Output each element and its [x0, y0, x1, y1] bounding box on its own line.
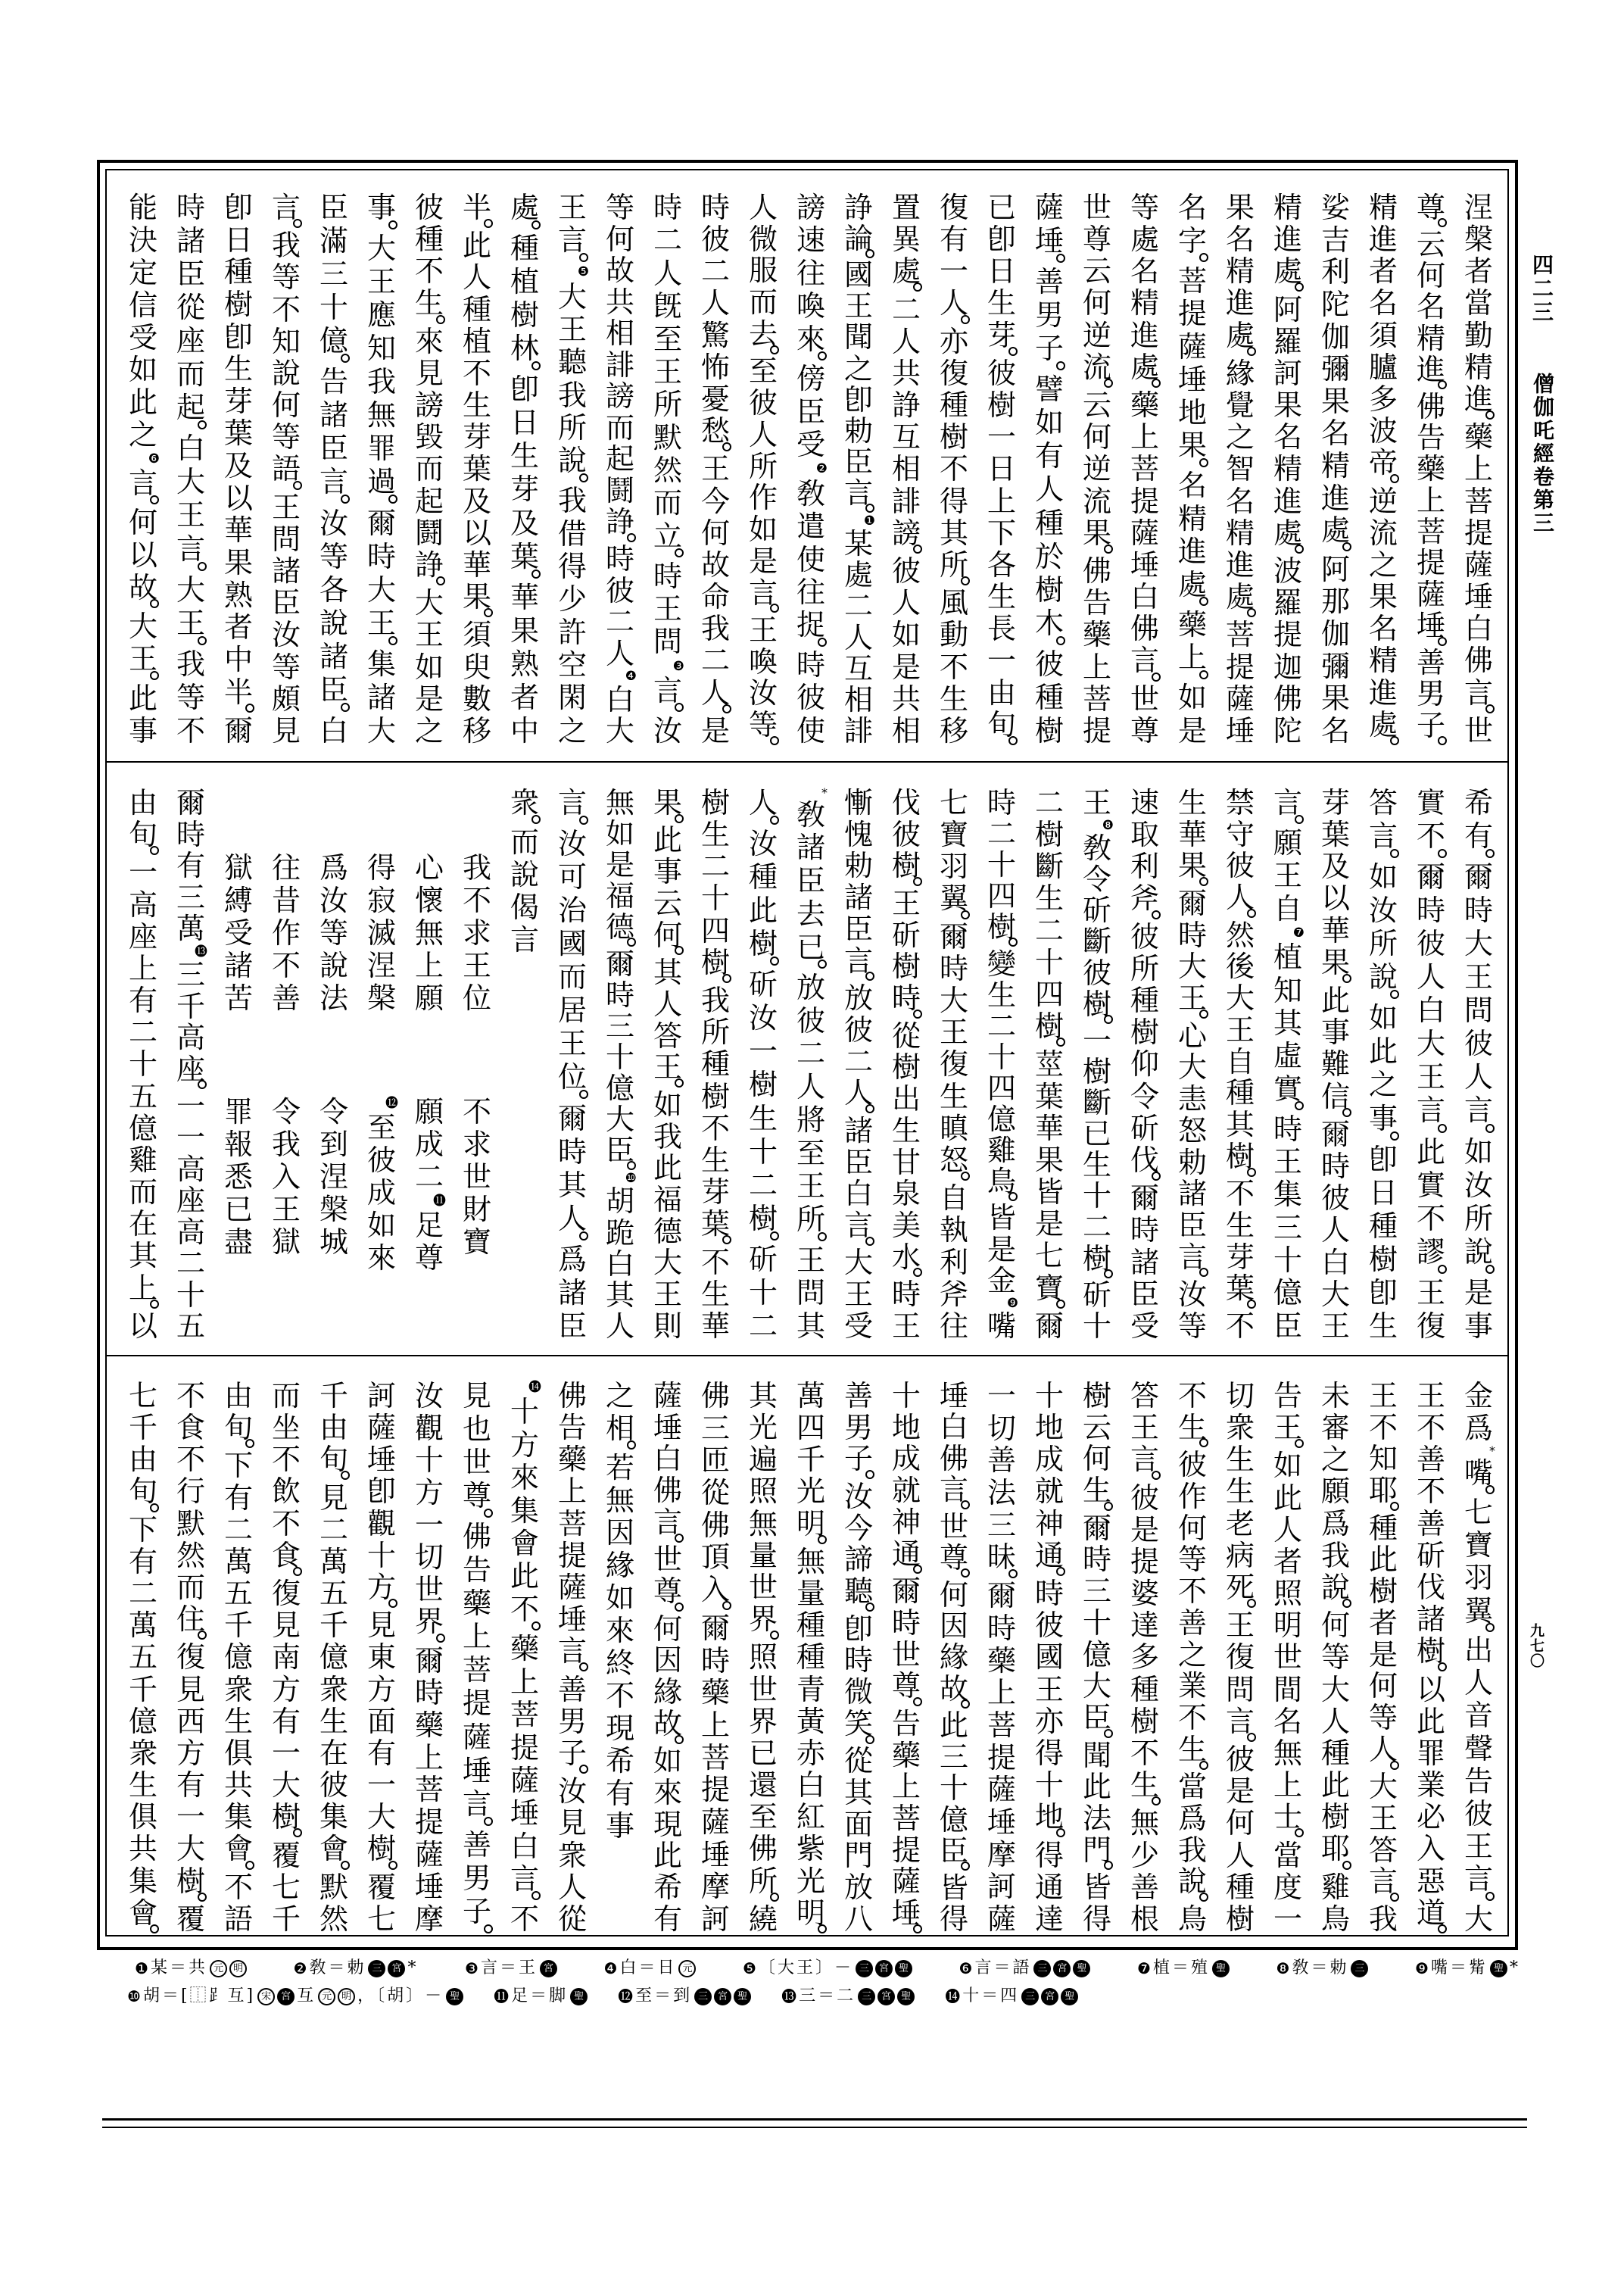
glyph: 提 — [1414, 548, 1448, 578]
glyph: 以 — [1319, 883, 1352, 913]
glyph: 者 — [1271, 1546, 1304, 1577]
glyph: 訶 — [699, 1904, 732, 1934]
text-column: 未審之願爲我說。何等大人種此樹耶。雞鳥 — [1319, 1381, 1352, 1934]
punctuation-mark: 。 — [1319, 979, 1352, 984]
glyph: 人 — [699, 288, 732, 318]
glyph: 憂 — [699, 384, 732, 414]
text-column: 尊。云何名精進。佛告藥上菩提薩埵。善男子。 — [1414, 192, 1448, 746]
punctuation-mark: 。 — [747, 1636, 780, 1640]
glyph: 芽 — [460, 422, 494, 452]
glyph: 萬 — [174, 913, 207, 944]
glyph: 佛 — [1462, 645, 1495, 676]
glyph: 故 — [699, 550, 732, 580]
glyph: 二 — [699, 851, 732, 882]
edition-mark: 三 — [1351, 1960, 1368, 1977]
glyph: 此 — [651, 825, 684, 855]
glyph: 樹 — [508, 300, 541, 330]
glyph: 二 — [1080, 1212, 1114, 1242]
glyph: 生 — [1223, 1210, 1257, 1241]
glyph: 華 — [508, 582, 541, 613]
glyph: 語 — [222, 1904, 255, 1934]
glyph: 受 — [794, 429, 828, 460]
glyph: 提 — [508, 1733, 541, 1763]
glyph: 寶 — [1033, 1273, 1066, 1303]
glyph: 我 — [1319, 1540, 1352, 1571]
punctuation-mark: 。 — [174, 1636, 207, 1640]
glyph: 就 — [890, 1475, 923, 1506]
glyph: 臣 — [842, 1147, 875, 1178]
glyph: 處 — [1176, 570, 1209, 600]
glyph: 所 — [651, 389, 684, 420]
glyph: 王 — [270, 492, 303, 523]
glyph: 無 — [794, 1546, 828, 1577]
glyph: 彼 — [842, 1015, 875, 1045]
glyph: 槃 — [1462, 224, 1495, 254]
glyph: 國 — [1033, 1642, 1066, 1672]
glyph: 言 — [317, 467, 351, 497]
glyph: 跪 — [603, 1218, 637, 1248]
glyph: 爾 — [1176, 888, 1209, 919]
glyph: 二 — [1033, 916, 1066, 946]
glyph: 今 — [699, 486, 732, 517]
glyph: 言 — [1223, 1706, 1257, 1737]
glyph: 至 — [651, 324, 684, 354]
glyph: 傍 — [794, 364, 828, 394]
glyph: 居 — [556, 995, 589, 1025]
glyph: 變 — [985, 949, 1018, 979]
glyph: 其 — [794, 1311, 828, 1341]
glyph: 大 — [1223, 983, 1257, 1013]
punctuation-mark: 。 — [651, 951, 684, 956]
glyph: 所 — [1367, 928, 1400, 959]
glyph: 耶 — [1319, 1834, 1352, 1864]
glyph: 精 — [1223, 518, 1257, 548]
glyph: 世 — [1128, 684, 1161, 714]
punctuation-mark: 。 — [126, 1509, 160, 1513]
glyph: 及 — [460, 486, 494, 517]
glyph: 人 — [699, 678, 732, 708]
text-column: 不食不行默然而住。復見西方有一大樹。覆 — [174, 1381, 207, 1934]
glyph: 智 — [1223, 454, 1257, 484]
glyph: 西 — [174, 1706, 207, 1737]
glyph: 善 — [1128, 1872, 1161, 1902]
glyph: 男 — [1414, 679, 1448, 709]
glyph: 一 — [365, 1770, 398, 1800]
glyph: 云 — [651, 888, 684, 919]
glyph: 七 — [126, 1381, 160, 1411]
glyph: 業 — [1414, 1770, 1448, 1800]
glyph: 爾 — [937, 922, 971, 952]
glyph: 大 — [365, 716, 398, 746]
glyph: 十 — [603, 1042, 637, 1072]
glyph: 佛 — [747, 1834, 780, 1864]
punctuation-mark: 。 — [126, 1930, 160, 1934]
glyph: 言 — [556, 1636, 589, 1666]
punctuation-mark: 。 — [890, 1273, 923, 1278]
glyph: 言 — [1462, 1095, 1495, 1125]
glyph: 勅 — [842, 416, 875, 446]
glyph: 汝 — [556, 1776, 589, 1806]
glyph: 彼 — [1462, 1028, 1495, 1059]
edition-mark: 明 — [338, 1988, 355, 2005]
glyph: 種 — [1223, 1872, 1257, 1902]
glyph: 說 — [1367, 962, 1400, 992]
lower-register: 金爲*嘴。七寶羽翼。出人音聲告彼王言。大王不善不善斫伐諸樹。以此罪業必入惡道。王… — [0, 1381, 1495, 1934]
glyph: 二 — [222, 1515, 255, 1545]
glyph: 青 — [794, 1674, 828, 1705]
glyph: 無 — [1128, 1808, 1161, 1838]
glyph: 十 — [747, 1137, 780, 1167]
glyph: 如 — [1367, 862, 1400, 892]
glyph: 心 — [1176, 1021, 1209, 1051]
punctuation-mark: 。 — [1414, 385, 1448, 390]
text-column: 不生。彼作何等不善之業不生。當爲我說。鳥 — [1176, 1381, 1209, 1934]
glyph: 爾 — [556, 1103, 589, 1134]
glyph: 是 — [890, 652, 923, 682]
glyph: 王 — [1223, 1610, 1257, 1640]
glyph: 大 — [1319, 1674, 1352, 1705]
glyph: 世 — [747, 1572, 780, 1603]
glyph: 佛 — [1271, 684, 1304, 714]
glyph: 果 — [1223, 192, 1257, 223]
glyph: 捉 — [794, 610, 828, 640]
glyph: 臣 — [270, 588, 303, 618]
glyph: 勤 — [1462, 320, 1495, 351]
glyph: 座 — [174, 326, 207, 356]
glyph: 告 — [1462, 1766, 1495, 1796]
glyph: 覆 — [270, 1840, 303, 1871]
edition-mark: 宮 — [877, 1988, 895, 2005]
glyph: 時 — [1128, 1215, 1161, 1245]
glyph: 等 — [270, 262, 303, 292]
glyph: 我 — [556, 485, 589, 516]
glyph: 流 — [1367, 518, 1400, 548]
text-column: 而坐不飲不食。復見南方有一大樹。覆七千 — [270, 1381, 303, 1934]
glyph: 如 — [651, 1090, 684, 1120]
glyph: 白 — [651, 1443, 684, 1474]
glyph: 薩 — [1033, 192, 1066, 223]
glyph: 其 — [842, 1777, 875, 1808]
glyph: 將 — [794, 1105, 828, 1135]
glyph: 二 — [1033, 788, 1066, 818]
punctuation-mark: 。 — [890, 1702, 923, 1707]
glyph: 林 — [508, 333, 541, 364]
glyph: 提 — [1080, 716, 1114, 746]
glyph: 上 — [126, 1273, 160, 1303]
glyph: 爾 — [1462, 862, 1495, 892]
glyph: 答 — [651, 1021, 684, 1051]
glyph: 說 — [556, 445, 589, 476]
glyph: 佛 — [556, 1381, 589, 1411]
glyph: 至 — [747, 1802, 780, 1832]
text-column: 生華果。爾時大王。心大恚怒勅諸臣言。汝等 — [1176, 788, 1209, 1341]
glyph: 藥 — [508, 1634, 541, 1664]
glyph: 緣 — [651, 1677, 684, 1707]
glyph: 不 — [174, 1444, 207, 1475]
glyph: 二 — [699, 645, 732, 676]
glyph: 藥 — [413, 1710, 446, 1740]
footnote-text: 敎＝勅 — [309, 1958, 366, 1978]
glyph: 以 — [222, 483, 255, 513]
punctuation-mark: 。 — [842, 977, 875, 982]
punctuation-mark: 。 — [365, 226, 398, 230]
glyph: 言 — [508, 1864, 541, 1894]
glyph: 所 — [1128, 953, 1161, 984]
glyph: 王 — [937, 1017, 971, 1047]
glyph: 多 — [1367, 384, 1400, 414]
glyph: 薩 — [985, 1904, 1018, 1934]
glyph: 二 — [794, 1038, 828, 1069]
glyph: 入 — [1414, 1834, 1448, 1864]
punctuation-mark: 。 — [1080, 384, 1114, 389]
glyph: 所 — [556, 413, 589, 443]
glyph: 熟 — [508, 649, 541, 679]
glyph: 及 — [508, 508, 541, 538]
glyph: 城 — [317, 1227, 351, 1257]
glyph: 生 — [747, 1103, 780, 1134]
glyph: 世 — [890, 1640, 923, 1670]
glyph: 諸 — [556, 1278, 589, 1308]
text-column: 處。種植樹林。卽日生芽及葉。華果熟者中 — [508, 192, 541, 746]
punctuation-mark: 。 — [842, 1740, 875, 1745]
glyph: 至 — [365, 1113, 398, 1143]
glyph: 鬪 — [413, 518, 446, 548]
punctuation-mark: 。 — [651, 708, 684, 713]
glyph: 相 — [842, 685, 875, 715]
glyph: 彼 — [1033, 1610, 1066, 1640]
glyph: 種 — [508, 233, 541, 264]
glyph: 大 — [603, 716, 637, 746]
glyph: 提 — [556, 1540, 589, 1571]
text-number: 四二三 — [1529, 254, 1554, 324]
glyph: 謗 — [413, 390, 446, 420]
glyph: 上 — [985, 1677, 1018, 1708]
glyph: 埵 — [508, 1798, 541, 1828]
punctuation-mark: 。 — [126, 604, 160, 609]
glyph: 自 — [1271, 894, 1304, 924]
glyph: 由 — [126, 1444, 160, 1475]
glyph: 逆 — [1367, 486, 1400, 517]
edition-mark: 聖 — [446, 1988, 463, 2005]
glyph: 得 — [1033, 1738, 1066, 1768]
glyph: 願 — [413, 1097, 446, 1127]
glyph: 爾 — [1319, 1119, 1352, 1150]
glyph: 之 — [1223, 422, 1257, 452]
glyph: 卽 — [222, 192, 255, 223]
glyph: 世 — [1462, 716, 1495, 746]
glyph: 因 — [937, 1611, 971, 1641]
glyph: 五 — [126, 1642, 160, 1672]
glyph: 世 — [413, 1574, 446, 1605]
text-column: 速取利斧。彼所種樹仰令斫伐。爾時諸臣受 — [1128, 788, 1161, 1341]
glyph: 明 — [794, 1509, 828, 1539]
punctuation-mark: 。 — [460, 1822, 494, 1827]
punctuation-mark: 。 — [699, 1241, 732, 1245]
glyph: 陀 — [1271, 716, 1304, 746]
glyph: 王 — [1367, 1803, 1400, 1834]
edition-mark: 宮 — [388, 1960, 405, 1977]
glyph: 惡 — [1414, 1866, 1448, 1896]
punctuation-mark: 。 — [890, 1570, 923, 1574]
glyph: 地 — [890, 1412, 923, 1443]
glyph: 菩 — [508, 1699, 541, 1730]
glyph: 東 — [365, 1642, 398, 1672]
glyph: 須 — [460, 619, 494, 650]
glyph: 法 — [317, 983, 351, 1013]
glyph: 上 — [126, 953, 160, 984]
glyph: 願 — [1271, 828, 1304, 858]
edition-mark: 聖 — [1061, 1988, 1078, 2005]
glyph: 云 — [1080, 1412, 1114, 1443]
glyph: 菩 — [1414, 517, 1448, 547]
glyph: 而 — [174, 359, 207, 389]
glyph: 一 — [126, 857, 160, 888]
punctuation-mark: 。 — [460, 1514, 494, 1518]
glyph: 提 — [413, 1807, 446, 1837]
glyph: 少 — [1128, 1840, 1161, 1871]
glyph: 南 — [270, 1642, 303, 1672]
glyph: 是 — [603, 850, 637, 880]
glyph: 言 — [1462, 678, 1495, 708]
glyph: 有 — [174, 1770, 207, 1800]
glyph: 以 — [126, 1311, 160, 1341]
glyph: 放 — [842, 983, 875, 1013]
glyph: 埵 — [699, 1840, 732, 1870]
glyph: 善 — [556, 1674, 589, 1705]
glyph: 我 — [699, 613, 732, 644]
glyph: 種 — [1319, 1738, 1352, 1768]
glyph: 食 — [270, 1540, 303, 1571]
glyph: 量 — [794, 1578, 828, 1609]
glyph: 名 — [1176, 192, 1209, 223]
glyph: 彼 — [1033, 649, 1066, 679]
text-column: 名字。菩提薩埵地果。名精進處。藥上。如是 — [1176, 192, 1209, 746]
glyph: 已 — [794, 932, 828, 963]
glyph: 還 — [747, 1770, 780, 1800]
footnote: ⓭三＝二三宮聖 — [781, 1986, 915, 2006]
glyph: 是 — [1367, 1640, 1400, 1670]
glyph: 不 — [699, 1113, 732, 1144]
text-column: 半。此人種植不生芽葉及以華果。須臾數移 — [460, 192, 494, 746]
glyph: 爾 — [1080, 1513, 1114, 1543]
glyph: 由 — [317, 1412, 351, 1443]
glyph: 放 — [842, 1872, 875, 1902]
glyph: 藥 — [460, 1588, 494, 1618]
glyph: 無 — [747, 1509, 780, 1539]
glyph: 佛 — [460, 1521, 494, 1552]
glyph: 出 — [890, 1084, 923, 1114]
punctuation-mark: 。 — [270, 224, 303, 229]
glyph: 槃 — [317, 1194, 351, 1225]
punctuation-mark: 。 — [460, 613, 494, 618]
glyph: 帝 — [1367, 448, 1400, 478]
glyph: 種 — [460, 295, 494, 325]
text-column: 果。此事云何。其人答王。如我此福德大王則 — [651, 788, 684, 1341]
glyph: 罪 — [365, 433, 398, 463]
glyph: 復 — [1414, 1311, 1448, 1341]
glyph: 此 — [126, 387, 160, 417]
glyph: 時 — [603, 544, 637, 574]
punctuation-mark: 。 — [937, 916, 971, 920]
glyph: 王 — [1414, 1381, 1448, 1411]
glyph: 不 — [603, 1681, 637, 1711]
glyph: 若 — [603, 1453, 637, 1483]
glyph: 彼 — [890, 819, 923, 850]
glyph: 諸 — [1176, 1178, 1209, 1209]
glyph: 尊 — [460, 1481, 494, 1511]
glyph: 因 — [603, 1518, 637, 1548]
punctuation-mark: 。 — [1223, 1738, 1257, 1743]
glyph: 進 — [1367, 224, 1400, 254]
glyph: 人 — [603, 638, 637, 669]
glyph: 我 — [365, 367, 398, 397]
punctuation-mark: 。 — [651, 1608, 684, 1612]
glyph: 之 — [1176, 1640, 1209, 1670]
text-column: *敎諸臣去已。放彼二人將至王所。王問其 — [794, 788, 828, 1341]
glyph: 斫 — [1128, 1113, 1161, 1144]
punctuation-mark: 。 — [985, 352, 1018, 357]
scroll-title: 僧伽吒經卷第三 — [1530, 373, 1554, 535]
verse-second-half: 不求世財寶 — [460, 1097, 494, 1257]
punctuation-mark: 。 — [651, 1084, 684, 1088]
glyph: 千 — [222, 1610, 255, 1640]
punctuation-mark: 。 — [1080, 1866, 1114, 1871]
glyph: 七 — [937, 788, 971, 818]
edition-mark: 明 — [229, 1960, 247, 1977]
glyph: 異 — [890, 224, 923, 254]
glyph: 一 — [270, 1738, 303, 1768]
glyph: 得 — [937, 1904, 971, 1934]
punctuation-mark: 。 — [1176, 1273, 1209, 1278]
punctuation-mark: 。 — [842, 254, 875, 259]
glyph: 不 — [1128, 1738, 1161, 1768]
glyph: 皆 — [937, 1873, 971, 1903]
glyph: 三 — [1271, 1212, 1304, 1243]
glyph: 執 — [937, 1215, 971, 1245]
glyph: 無 — [413, 918, 446, 948]
punctuation-mark: 。 — [1462, 1897, 1495, 1902]
glyph: 世 — [937, 1512, 971, 1542]
glyph: 旬 — [985, 710, 1018, 740]
footnote-number: ❷ — [294, 1958, 307, 1978]
glyph: 不 — [174, 716, 207, 746]
glyph: 薩 — [1462, 550, 1495, 580]
glyph: 王 — [413, 619, 446, 650]
glyph: 飲 — [270, 1476, 303, 1506]
glyph: 如 — [365, 1210, 398, 1241]
text-column: 精進處。阿羅訶果名精進處。波羅提迦佛陀 — [1271, 192, 1304, 746]
glyph: 如 — [1033, 407, 1066, 438]
footnote-number: ⓭ — [781, 1986, 796, 2006]
punctuation-mark: 。 — [1414, 741, 1448, 746]
glyph: 禁 — [1223, 788, 1257, 818]
glyph: 大 — [413, 588, 446, 618]
glyph: 彼 — [1080, 958, 1114, 988]
glyph: 衆 — [556, 1840, 589, 1871]
glyph: 果 — [1319, 683, 1352, 713]
glyph: 座 — [126, 922, 160, 952]
glyph: 汝 — [1176, 1279, 1209, 1309]
glyph: 此 — [651, 1153, 684, 1183]
punctuation-mark: 。 — [985, 1197, 1018, 1202]
glyph: 樹 — [937, 422, 971, 452]
glyph: 人 — [1319, 1215, 1352, 1245]
glyph: 藥 — [699, 1677, 732, 1708]
punctuation-mark: 。 — [651, 819, 684, 824]
glyph: 已 — [747, 1738, 780, 1768]
glyph: 審 — [1319, 1412, 1352, 1443]
glyph: 高 — [126, 890, 160, 920]
